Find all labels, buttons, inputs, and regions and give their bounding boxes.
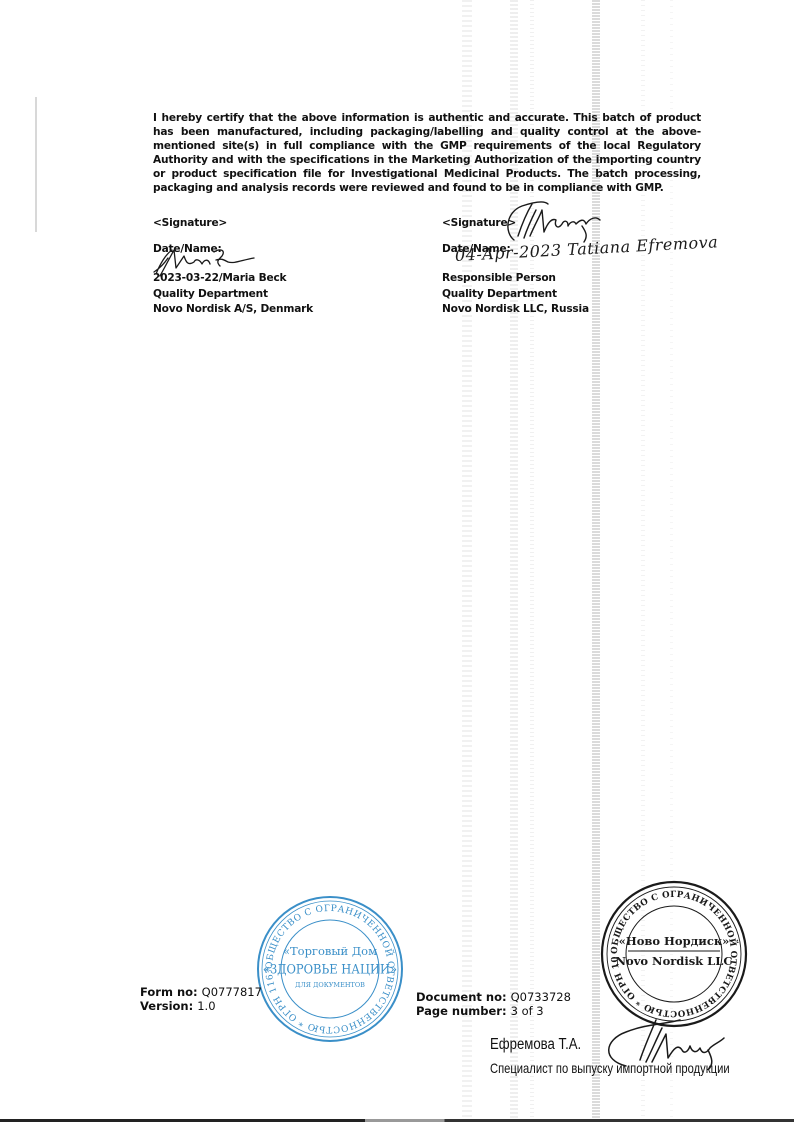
- document-info: Document no: Q0733728 Page number: 3 of …: [416, 990, 571, 1018]
- stamp-zdorovye-natsii: ОБЩЕСТВО С ОГРАНИЧЕННОЙ ОТВЕТСТВЕННОСТЬЮ…: [254, 893, 406, 1049]
- svg-text:ДЛЯ ДОКУМЕНТОВ: ДЛЯ ДОКУМЕНТОВ: [295, 981, 365, 989]
- svg-text:«ЗДОРОВЬЕ НАЦИИ»: «ЗДОРОВЬЕ НАЦИИ»: [263, 962, 397, 977]
- company: Novo Nordisk A/S, Denmark: [153, 302, 313, 318]
- date-name-label: Date/Name:: [153, 242, 313, 258]
- signatory-russia: <Signature> Date/Name: Responsible Perso…: [442, 216, 589, 318]
- page-number-value: 3 of 3: [511, 1004, 544, 1018]
- certifier-title: Специалист по выпуску импортной продукци…: [490, 1060, 730, 1076]
- signature-label: <Signature>: [153, 216, 313, 232]
- form-no-label: Form no:: [140, 985, 198, 999]
- date-name-value: 2023-03-22/Maria Beck: [153, 271, 313, 287]
- department: Quality Department: [442, 287, 589, 303]
- signatory-denmark: <Signature> Date/Name: 2023-03-22/Maria …: [153, 216, 313, 318]
- stamp-novo-nordisk-llc: ОБЩЕСТВО С ОГРАНИЧЕННОЙ ОТВЕТСТВЕННОСТЬЮ…: [598, 878, 750, 1034]
- document-page: I hereby certify that the above informat…: [0, 0, 794, 1122]
- version-label: Version:: [140, 999, 193, 1013]
- svg-text:«Торговый Дом: «Торговый Дом: [283, 944, 377, 958]
- company: Novo Nordisk LLC, Russia: [442, 302, 589, 318]
- page-number-label: Page number:: [416, 1004, 507, 1018]
- certifier-name: Ефремова Т.А.: [490, 1036, 581, 1054]
- version-value: 1.0: [197, 999, 215, 1013]
- form-no-value: Q0777817: [202, 985, 262, 999]
- form-info: Form no: Q0777817 Version: 1.0: [140, 985, 262, 1013]
- role: Responsible Person: [442, 271, 589, 287]
- document-no-value: Q0733728: [511, 990, 571, 1004]
- svg-text:Novo Nordisk LLC: Novo Nordisk LLC: [616, 954, 733, 968]
- signature-label: <Signature>: [442, 216, 589, 232]
- document-no-label: Document no:: [416, 990, 507, 1004]
- department: Quality Department: [153, 287, 313, 303]
- certification-statement: I hereby certify that the above informat…: [153, 111, 701, 196]
- scan-edge-mark: [35, 97, 37, 232]
- svg-text:«Ново Нордиск»: «Ново Нордиск»: [619, 934, 730, 948]
